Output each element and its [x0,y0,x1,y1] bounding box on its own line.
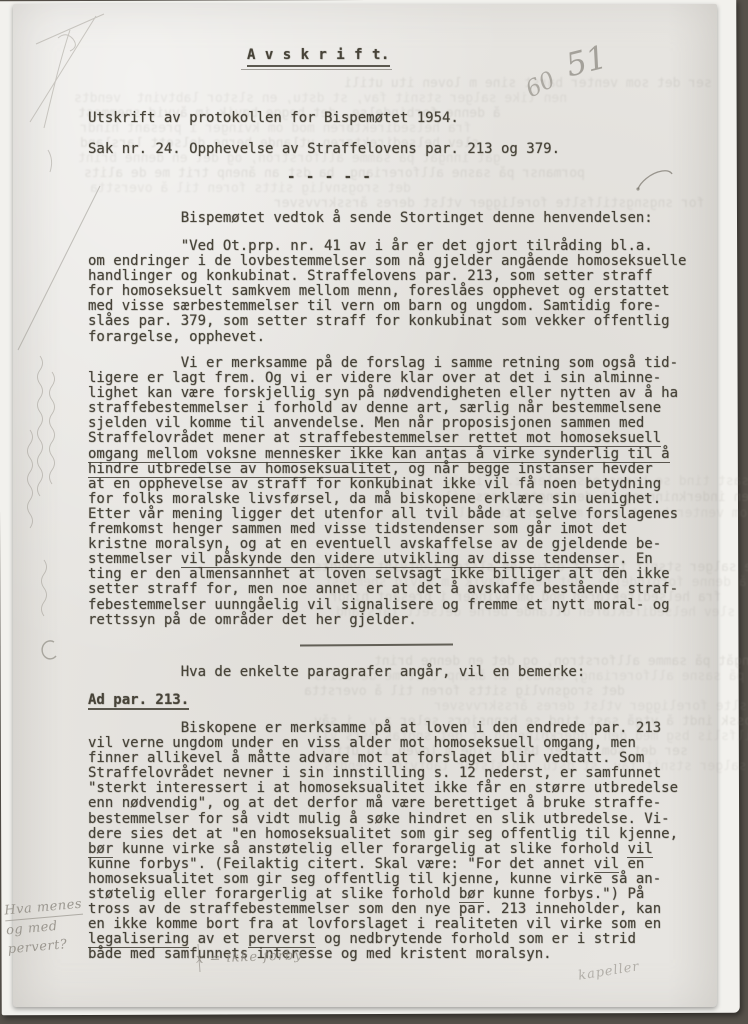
typed-line: ligere er lagt frem. Og vi er videre kla… [88,371,678,386]
typed-line: både med samfunnets interesse og med kri… [88,947,678,962]
typed-line: fremkomst henger sammen med visse tidste… [88,522,678,537]
typed-line: om endringer i de lovbestemmelser som nå… [88,254,686,269]
typed-line: omgang mellom voksne mennesker ikke kan … [88,447,678,462]
header-line-protocol: Utskrift av protokollen for Bispemøtet 1… [88,111,459,126]
typed-line: bestemmelser for så vidt mulig å søke hi… [88,812,678,827]
typed-line: rettssyn på de områder det her gjelder. [88,613,678,628]
typed-line: kunne forbys". (Feilaktig citert. Skal v… [88,857,678,872]
typed-line: tross av de straffebestemmelser som den … [88,902,678,917]
typed-line: hindre utbredelse av homoseksualitet, og… [88,462,678,477]
typed-line: setter straff for, men noe annet er at d… [88,582,678,597]
typed-line: Etter vår mening ligger det utenfor all … [88,507,678,522]
typed-line: støtelig eller forargerlig at slike forh… [88,887,678,902]
page-title: A v s k r i f t. [247,48,390,67]
separator-dashes: - - - - - [287,170,372,185]
paragraph-quote-2: Vi er merksamme på de forslag i samme re… [88,356,678,628]
paragraph-quote-1: "Ved Ot.prp. nr. 41 av i år er det gjort… [88,239,686,345]
typed-line: Bispemøtet vedtok å sende Stortinget den… [88,211,653,226]
typed-line: for folks moralske livsførsel, da må bis… [88,492,678,507]
typed-line: homoseksualitet som gir seg offentlig ti… [88,872,678,887]
typed-line: Ad par. 213. [88,693,189,708]
typed-line: "Ved Ot.prp. nr. 41 av i år er det gjort… [88,239,686,254]
typed-line: enn nødvendig", og at det derfor må være… [88,796,678,811]
typed-line: dere sies det at "en homoseksualitet som… [88,827,678,842]
typed-line: Biskopene er merksamme på at loven i den… [88,721,678,736]
typed-line: bør kunne virke så anstøtelig eller fora… [88,842,678,857]
typed-line: forargelse, opphevet. [88,330,686,345]
typed-line: at en opphevelse av straff for konkubina… [88,477,678,492]
typed-line: vil verne ungdom under en viss alder mot… [88,736,678,751]
typed-line: Vi er merksamme på de forslag i samme re… [88,356,678,371]
section-divider-line [300,640,453,646]
typed-line: Hva de enkelte paragrafer angår, vil en … [88,665,585,680]
paragraph-section-intro: Hva de enkelte paragrafer angår, vil en … [88,665,585,680]
header-line-case: Sak nr. 24. Opphevelse av Straffelovens … [88,142,560,157]
typed-line: febestemmelser uunngåelig vil signaliser… [88,598,678,613]
scanned-document-photo: ser det som venter barst sine m loven it… [0,0,748,1024]
typed-line: slåes par. 379, som setter straff for ko… [88,314,686,329]
paragraph-resolution-intro: Bispemøtet vedtok å sende Stortinget den… [88,211,653,226]
section-heading-ad-par-213: Ad par. 213. [88,693,189,708]
paragraph-par-213: Biskopene er merksamme på at loven i den… [88,721,678,963]
typed-line: Straffelovrådet mener at straffebestemme… [88,431,678,446]
typed-line: kristne moralsyn, og at en eventuell avs… [88,537,678,552]
